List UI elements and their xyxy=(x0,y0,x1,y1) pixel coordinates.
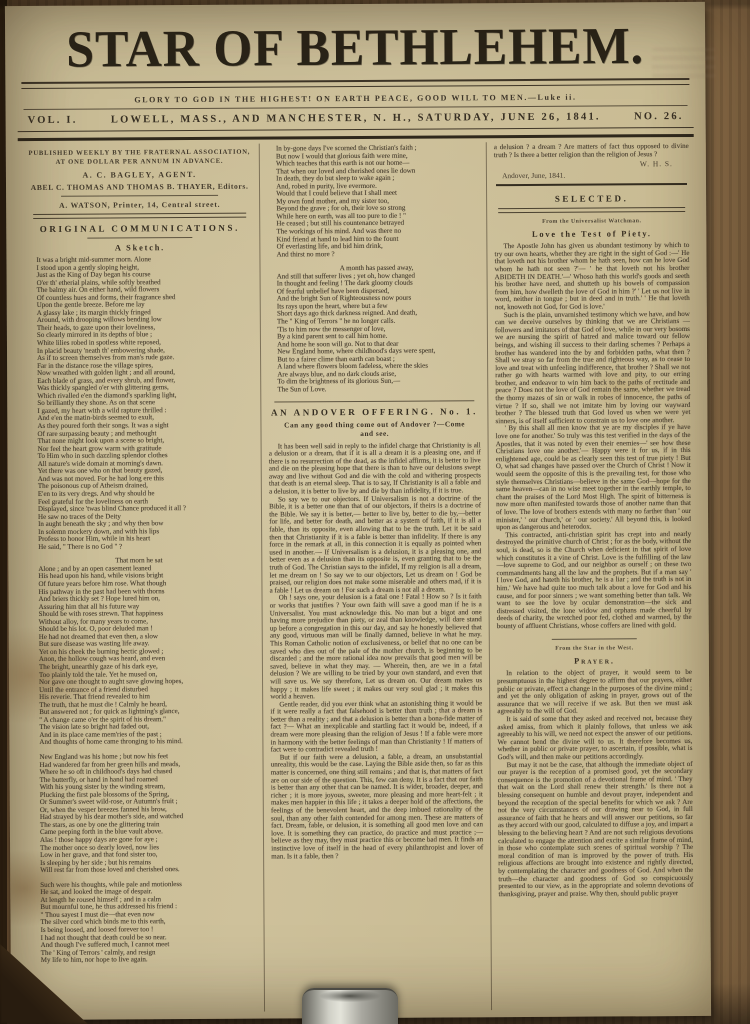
article-divider-rule xyxy=(274,400,474,402)
heavy-rule-column xyxy=(496,183,687,189)
city-date-line: LOWELL, MASS., AND MANCHESTER, N. H., SA… xyxy=(111,112,601,126)
newspaper-page: STAR OF BETHLEHEM. GLORY TO GOD IN THE H… xyxy=(5,2,711,1020)
double-rule xyxy=(21,78,689,89)
article-paragraph: Oh ! says one, your delusion is a fatal … xyxy=(270,594,483,702)
masthead-motto: GLORY TO GOD IN THE HIGHEST! ON EARTH PE… xyxy=(5,92,705,105)
author-signature: W. H. S. xyxy=(494,159,689,169)
section-heading-original-communications: ORIGINAL COMMUNICATIONS. xyxy=(27,223,252,234)
column-right: a delusion ? a dream ? Are matters of fa… xyxy=(487,141,701,1010)
article-paragraph: ' By this shall all men know that ye are… xyxy=(496,424,692,532)
agent-line: A. C. BAGLEY, AGENT. xyxy=(27,170,252,180)
source-credit-line: From the Universalist Watchman. xyxy=(494,218,689,225)
article-paragraph: But may it not be the case, that althoug… xyxy=(498,761,694,899)
publisher-line: PUBLISHED WEEKLY BY THE FRATERNAL ASSOCI… xyxy=(27,148,252,167)
article-paragraph: It is said of some that they asked and r… xyxy=(497,715,692,762)
section-heading-selected: SELECTED. xyxy=(494,193,689,204)
source-credit-line: From the Star in the West. xyxy=(497,645,692,652)
column-middle: In by-gone days I've scorned the Christi… xyxy=(259,142,492,1011)
article-dateline: Andover, June, 1841. xyxy=(494,170,689,180)
double-rule-small xyxy=(33,213,246,219)
editors-line: ABEL C. THOMAS AND THOMAS B. THAYER, Edi… xyxy=(27,182,252,192)
poem-stanza: A month has passed away, And still that … xyxy=(268,264,481,394)
printer-line: A. WATSON, Printer, 14, Central street. xyxy=(27,200,252,210)
article-paragraph: Gentle reader, did you ever think what a… xyxy=(270,700,482,754)
article-continuation: a delusion ? a dream ? Are matters of fa… xyxy=(494,143,689,159)
poem-stanza: It was a bright mid-summer morn. Alone I… xyxy=(27,256,254,552)
issue-number: NO. 26. xyxy=(634,111,684,122)
article-title-piety: Love the Test of Piety. xyxy=(494,229,689,239)
article-paragraph: So say we to our objectors. If Universal… xyxy=(269,495,482,595)
article-paragraph: In relation to the object of prayer, it … xyxy=(497,669,692,716)
article-divider-rule xyxy=(552,639,637,641)
section-rule xyxy=(87,237,192,239)
article-subtitle: Can any good thing come out of Andover ?… xyxy=(283,419,467,438)
double-rule-small xyxy=(498,207,685,213)
article-paragraph: Such is the plain, unvarnished testimony… xyxy=(495,311,691,426)
masthead: STAR OF BETHLEHEM. GLORY TO GOD IN THE H… xyxy=(5,2,706,141)
masthead-title: STAR OF BETHLEHEM. xyxy=(5,17,705,77)
poem-stanza: That morn he sat Alone ; and by an open … xyxy=(29,557,255,747)
poem-stanza: In by-gone days I've scorned the Christi… xyxy=(267,144,480,258)
column-left: PUBLISHED WEEKLY BY THE FRATERNAL ASSOCI… xyxy=(20,144,264,1013)
article-paragraph: This contracted, anti-christian spirit h… xyxy=(496,531,691,631)
poem-title: A Sketch. xyxy=(27,243,252,253)
article-title-prayer: Prayer. xyxy=(497,656,692,666)
poem-stanza: New England was his home ; but now his f… xyxy=(30,753,256,875)
article-paragraph: The Apostle John has given us abundant t… xyxy=(494,242,689,312)
article-paragraph: It has been well said in reply to the in… xyxy=(269,442,481,496)
volume-label: VOL. I. xyxy=(28,115,78,126)
jar-lid xyxy=(302,988,398,1024)
stamp-mark xyxy=(652,48,716,78)
poem-stanza: Such were his thoughts, while pale and m… xyxy=(31,880,257,964)
article-heading-andover: AN ANDOVER OFFERING. No. 1. xyxy=(269,406,481,417)
article-paragraph: But if our faith were a delusion, a fabl… xyxy=(271,753,484,861)
column-layout: PUBLISHED WEEKLY BY THE FRATERNAL ASSOCI… xyxy=(6,137,711,1013)
photo-background: STAR OF BETHLEHEM. GLORY TO GOD IN THE H… xyxy=(0,0,750,1024)
short-rule xyxy=(61,195,218,197)
